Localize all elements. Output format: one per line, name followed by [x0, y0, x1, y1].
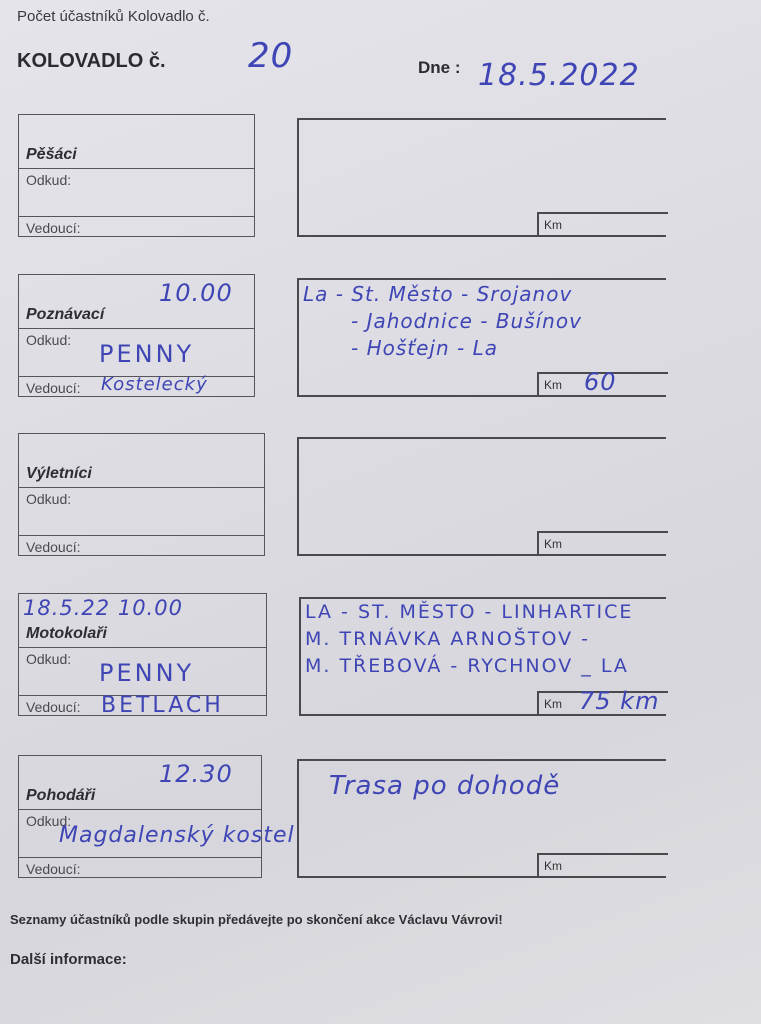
group-info-box: Motokolaři18.5.22 10.00Odkud:PENNYVedouc…: [18, 593, 267, 716]
group-time[interactable]: 10.00: [159, 279, 233, 307]
km-value[interactable]: 60: [584, 368, 617, 396]
km-label: Km: [544, 697, 562, 711]
from-value[interactable]: PENNY: [99, 659, 194, 687]
leader-label: Vedoucí:: [26, 861, 81, 877]
event-number[interactable]: 20: [248, 36, 293, 76]
route-box: Km: [297, 118, 666, 237]
group-section: Motokolaři18.5.22 10.00Odkud:PENNYVedouc…: [0, 593, 761, 720]
route-line[interactable]: Trasa po dohodě: [329, 771, 560, 801]
group-time[interactable]: 12.30: [159, 760, 233, 788]
date-value[interactable]: 18.5.2022: [478, 58, 640, 93]
group-name: Pěšáci: [26, 146, 77, 164]
from-value[interactable]: PENNY: [99, 340, 194, 368]
from-label: Odkud:: [26, 332, 71, 348]
more-info-label: Další informace:: [10, 951, 127, 968]
route-line[interactable]: M. TRNÁVKA ARNOŠTOV -: [305, 628, 590, 650]
km-label: Km: [544, 859, 562, 873]
divider: [19, 809, 261, 810]
group-section: Pohodáři12.30Odkud:Magdalenský kostelVed…: [0, 755, 761, 882]
divider: [19, 487, 264, 488]
route-box: LA - ST. MĚSTO - LINHARTICEM. TRNÁVKA AR…: [299, 597, 666, 716]
km-label: Km: [544, 537, 562, 551]
group-name: Pohodáři: [26, 787, 95, 805]
route-box: Km: [297, 437, 666, 556]
form-title: KOLOVADLO č.: [17, 50, 166, 73]
km-field[interactable]: Km60: [537, 372, 668, 397]
route-line[interactable]: LA - ST. MĚSTO - LINHARTICE: [305, 601, 633, 623]
km-field[interactable]: Km75 km: [537, 691, 668, 716]
instruction-note: Seznamy účastníků podle skupin předávejt…: [10, 912, 503, 927]
leader-label: Vedoucí:: [26, 380, 81, 396]
group-info-box: Pohodáři12.30Odkud:Magdalenský kostelVed…: [18, 755, 262, 878]
km-field[interactable]: Km: [537, 531, 668, 556]
group-time[interactable]: 18.5.22 10.00: [23, 596, 183, 620]
route-line[interactable]: - Hošťejn - La: [351, 336, 498, 360]
leader-value[interactable]: BETLACH: [101, 693, 224, 718]
group-section: VýletníciOdkud:Vedoucí:Km: [0, 433, 761, 560]
form-subtitle: Počet účastníků Kolovadlo č.: [17, 8, 210, 25]
km-field[interactable]: Km: [537, 853, 668, 878]
km-value[interactable]: 75 km: [579, 687, 659, 715]
km-label: Km: [544, 218, 562, 232]
from-label: Odkud:: [26, 651, 71, 667]
divider: [19, 168, 254, 169]
leader-label: Vedoucí:: [26, 699, 81, 715]
group-info-box: Poznávací10.00Odkud:PENNYVedoucí:Kostele…: [18, 274, 255, 397]
divider: [19, 328, 254, 329]
divider: [19, 535, 264, 536]
divider: [19, 216, 254, 217]
km-label: Km: [544, 378, 562, 392]
from-label: Odkud:: [26, 491, 71, 507]
group-name: Motokolaři: [26, 625, 107, 643]
route-line[interactable]: M. TŘEBOVÁ - RYCHNOV _ LA: [305, 655, 629, 677]
leader-label: Vedoucí:: [26, 220, 81, 236]
group-info-box: VýletníciOdkud:Vedoucí:: [18, 433, 265, 556]
divider: [19, 857, 261, 858]
more-info-field[interactable]: [150, 945, 730, 1005]
leader-label: Vedoucí:: [26, 539, 81, 555]
group-name: Poznávací: [26, 306, 104, 324]
group-info-box: PěšáciOdkud:Vedoucí:: [18, 114, 255, 237]
km-field[interactable]: Km: [537, 212, 668, 237]
group-name: Výletníci: [26, 465, 92, 483]
leader-value[interactable]: Kostelecký: [101, 374, 208, 395]
from-value[interactable]: Magdalenský kostel: [59, 823, 295, 848]
group-section: Poznávací10.00Odkud:PENNYVedoucí:Kostele…: [0, 274, 761, 401]
group-section: PěšáciOdkud:Vedoucí:Km: [0, 114, 761, 241]
date-label: Dne :: [418, 58, 461, 78]
from-label: Odkud:: [26, 172, 71, 188]
route-box: Trasa po dohoděKm: [297, 759, 666, 878]
route-box: La - St. Město - Srojanov- Jahodnice - B…: [297, 278, 666, 397]
route-line[interactable]: La - St. Město - Srojanov: [303, 282, 572, 306]
divider: [19, 647, 266, 648]
route-line[interactable]: - Jahodnice - Bušínov: [351, 309, 582, 333]
